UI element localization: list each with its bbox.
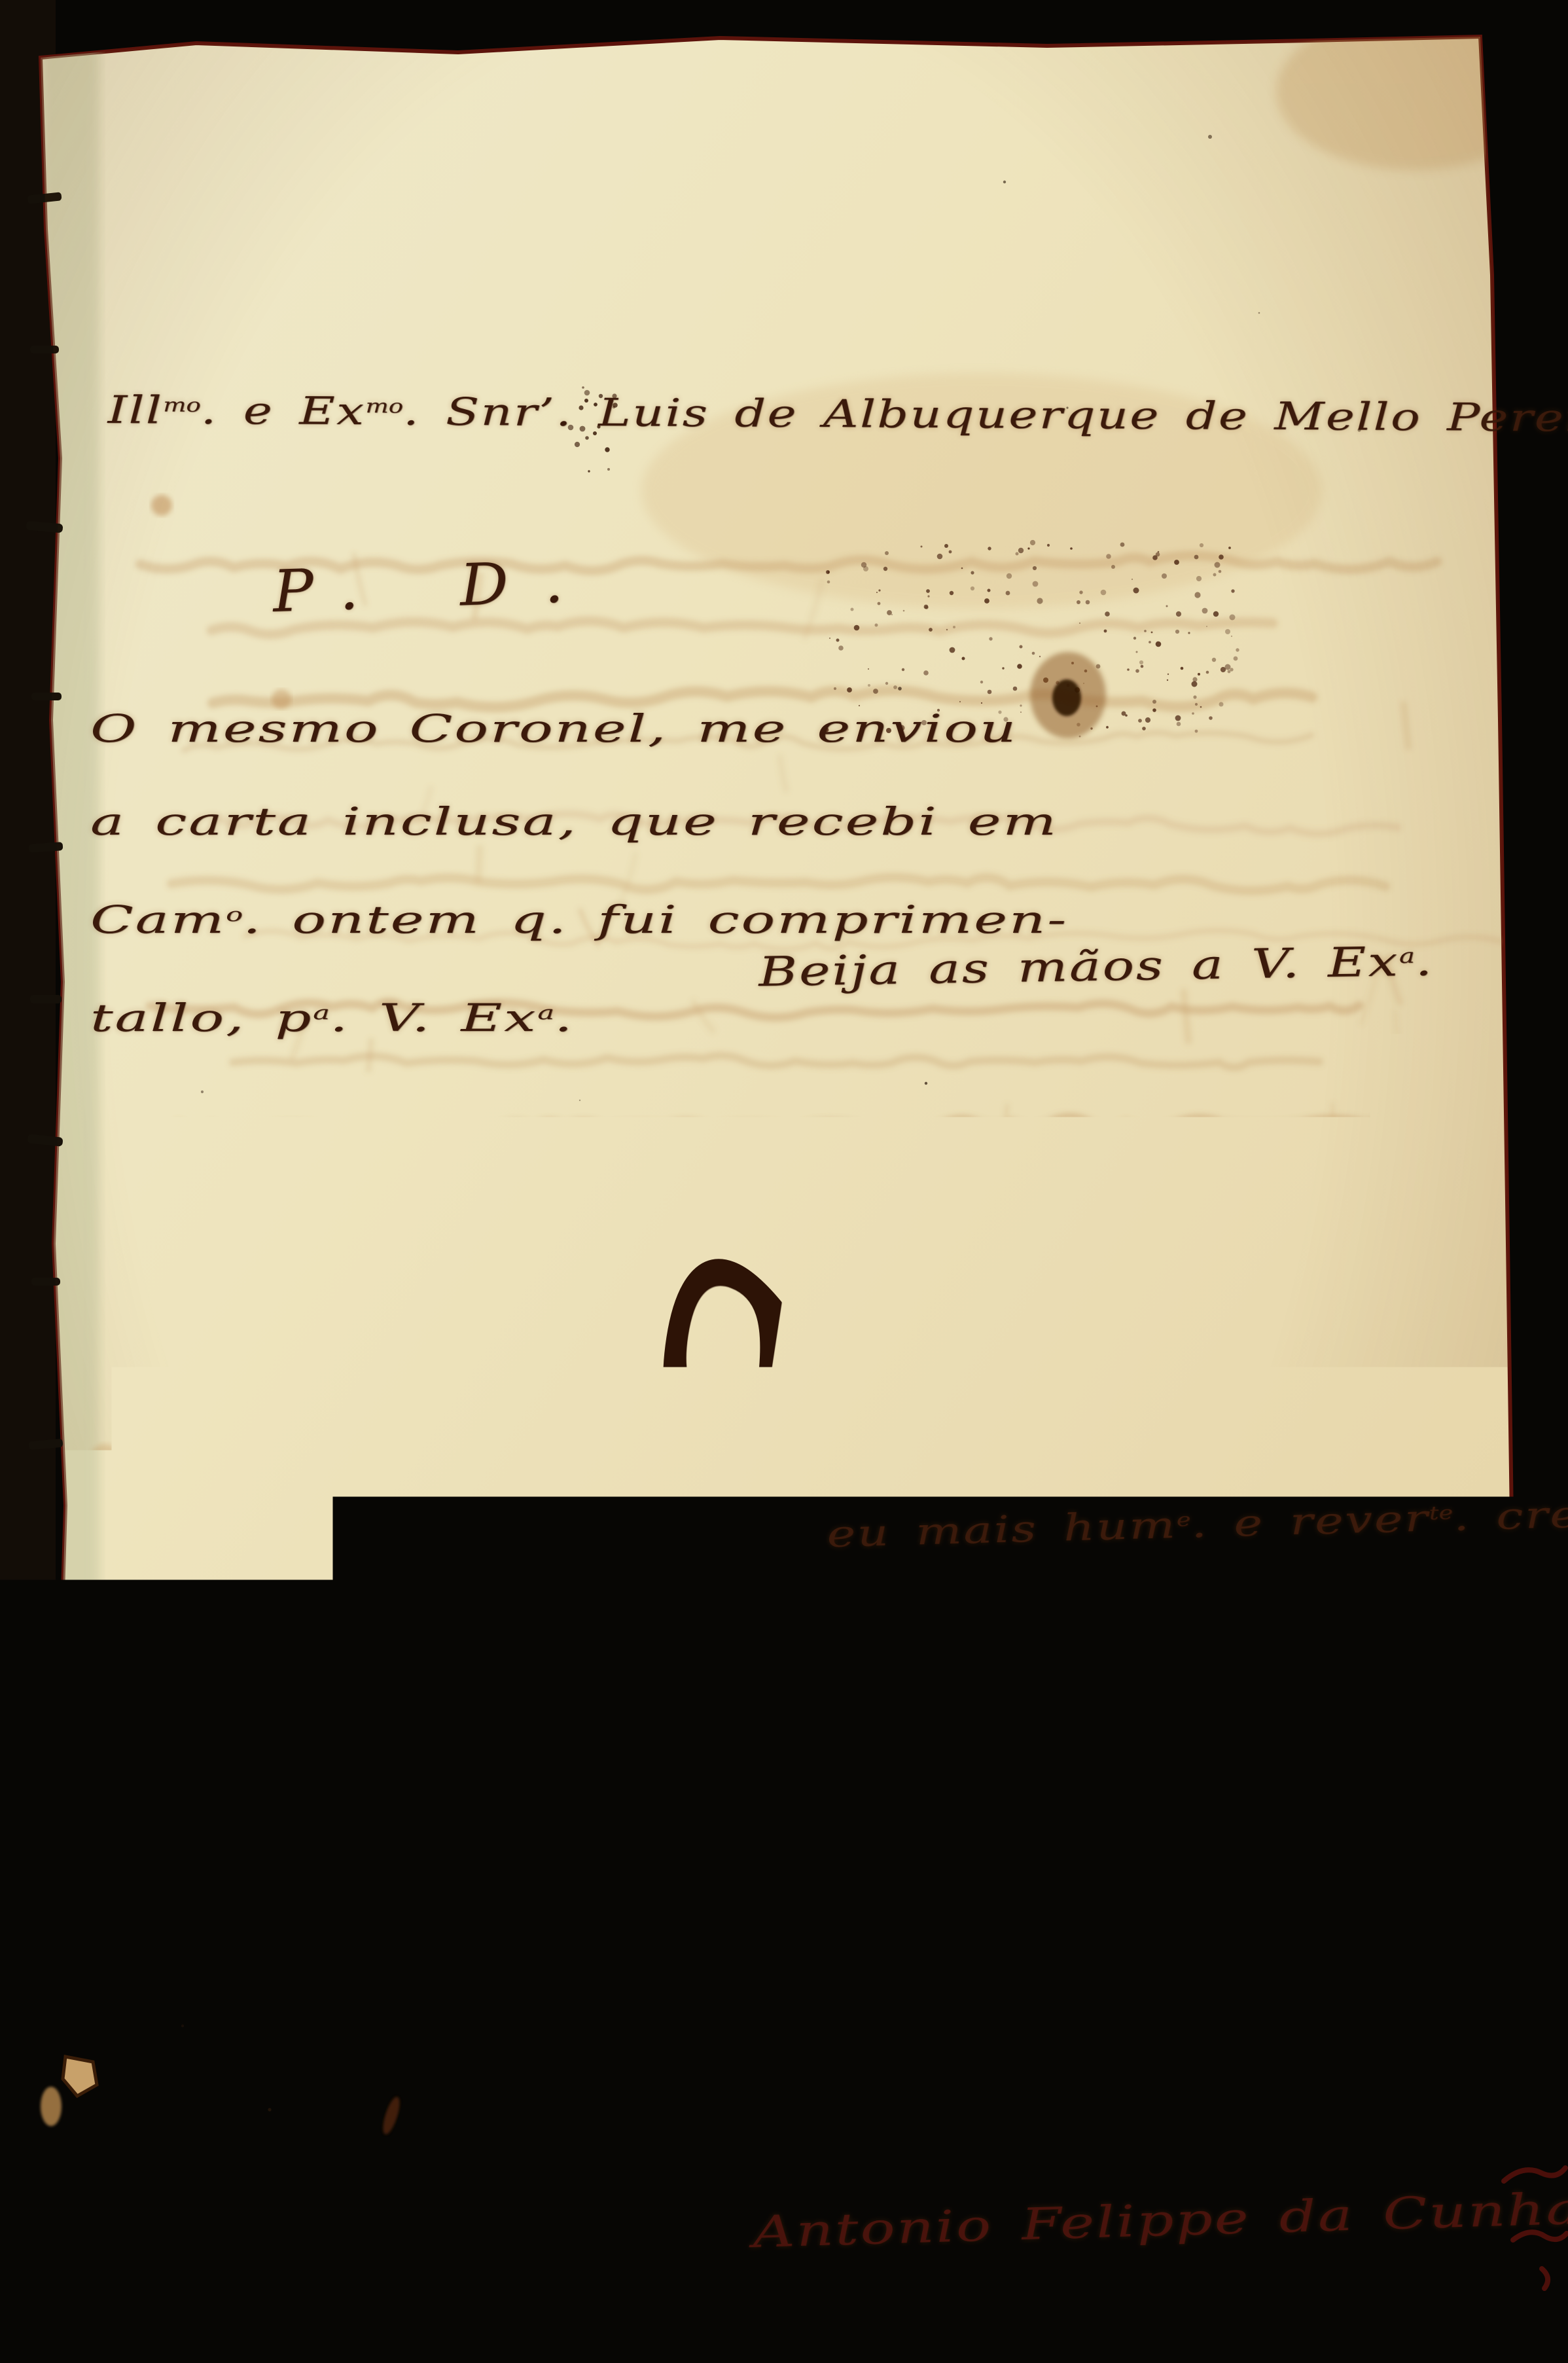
- superscript: mo: [163, 393, 201, 416]
- body-line: O mesmo Coronel, me enviou: [90, 682, 1068, 775]
- superscript: a: [313, 1001, 330, 1024]
- addressee-name: Luis de Albuquerque de Mello Pereira e C…: [573, 390, 1568, 442]
- superscript: a: [537, 1001, 554, 1024]
- superscript: o: [226, 903, 243, 926]
- superscript: a: [1399, 945, 1415, 968]
- letter-body: O mesmo Coronel, me enviou a carta inclu…: [90, 682, 1068, 1064]
- worm-hole-stain: [41, 2087, 62, 2126]
- body-line: a carta inclusa, que recebi em: [90, 775, 1068, 868]
- paper-artwork: [0, 0, 1568, 2363]
- superscript: mo: [365, 395, 403, 417]
- postscript-marker: P. D.: [272, 547, 602, 625]
- manuscript-photo: Illmo. e Exmo. Snr’. Luis de Albuquerque…: [0, 0, 1568, 2363]
- superscript: e: [1176, 1509, 1191, 1531]
- dark-dot: [73, 2279, 80, 2287]
- salutation-abbrev: Ill: [107, 388, 163, 432]
- binding-gutter: [0, 0, 56, 2363]
- salutation-abbrev: . Snr’.: [403, 389, 573, 434]
- superscript: te: [1429, 1502, 1453, 1524]
- vignette: [41, 37, 1517, 2322]
- salutation-abbrev: . e Ex: [200, 388, 365, 433]
